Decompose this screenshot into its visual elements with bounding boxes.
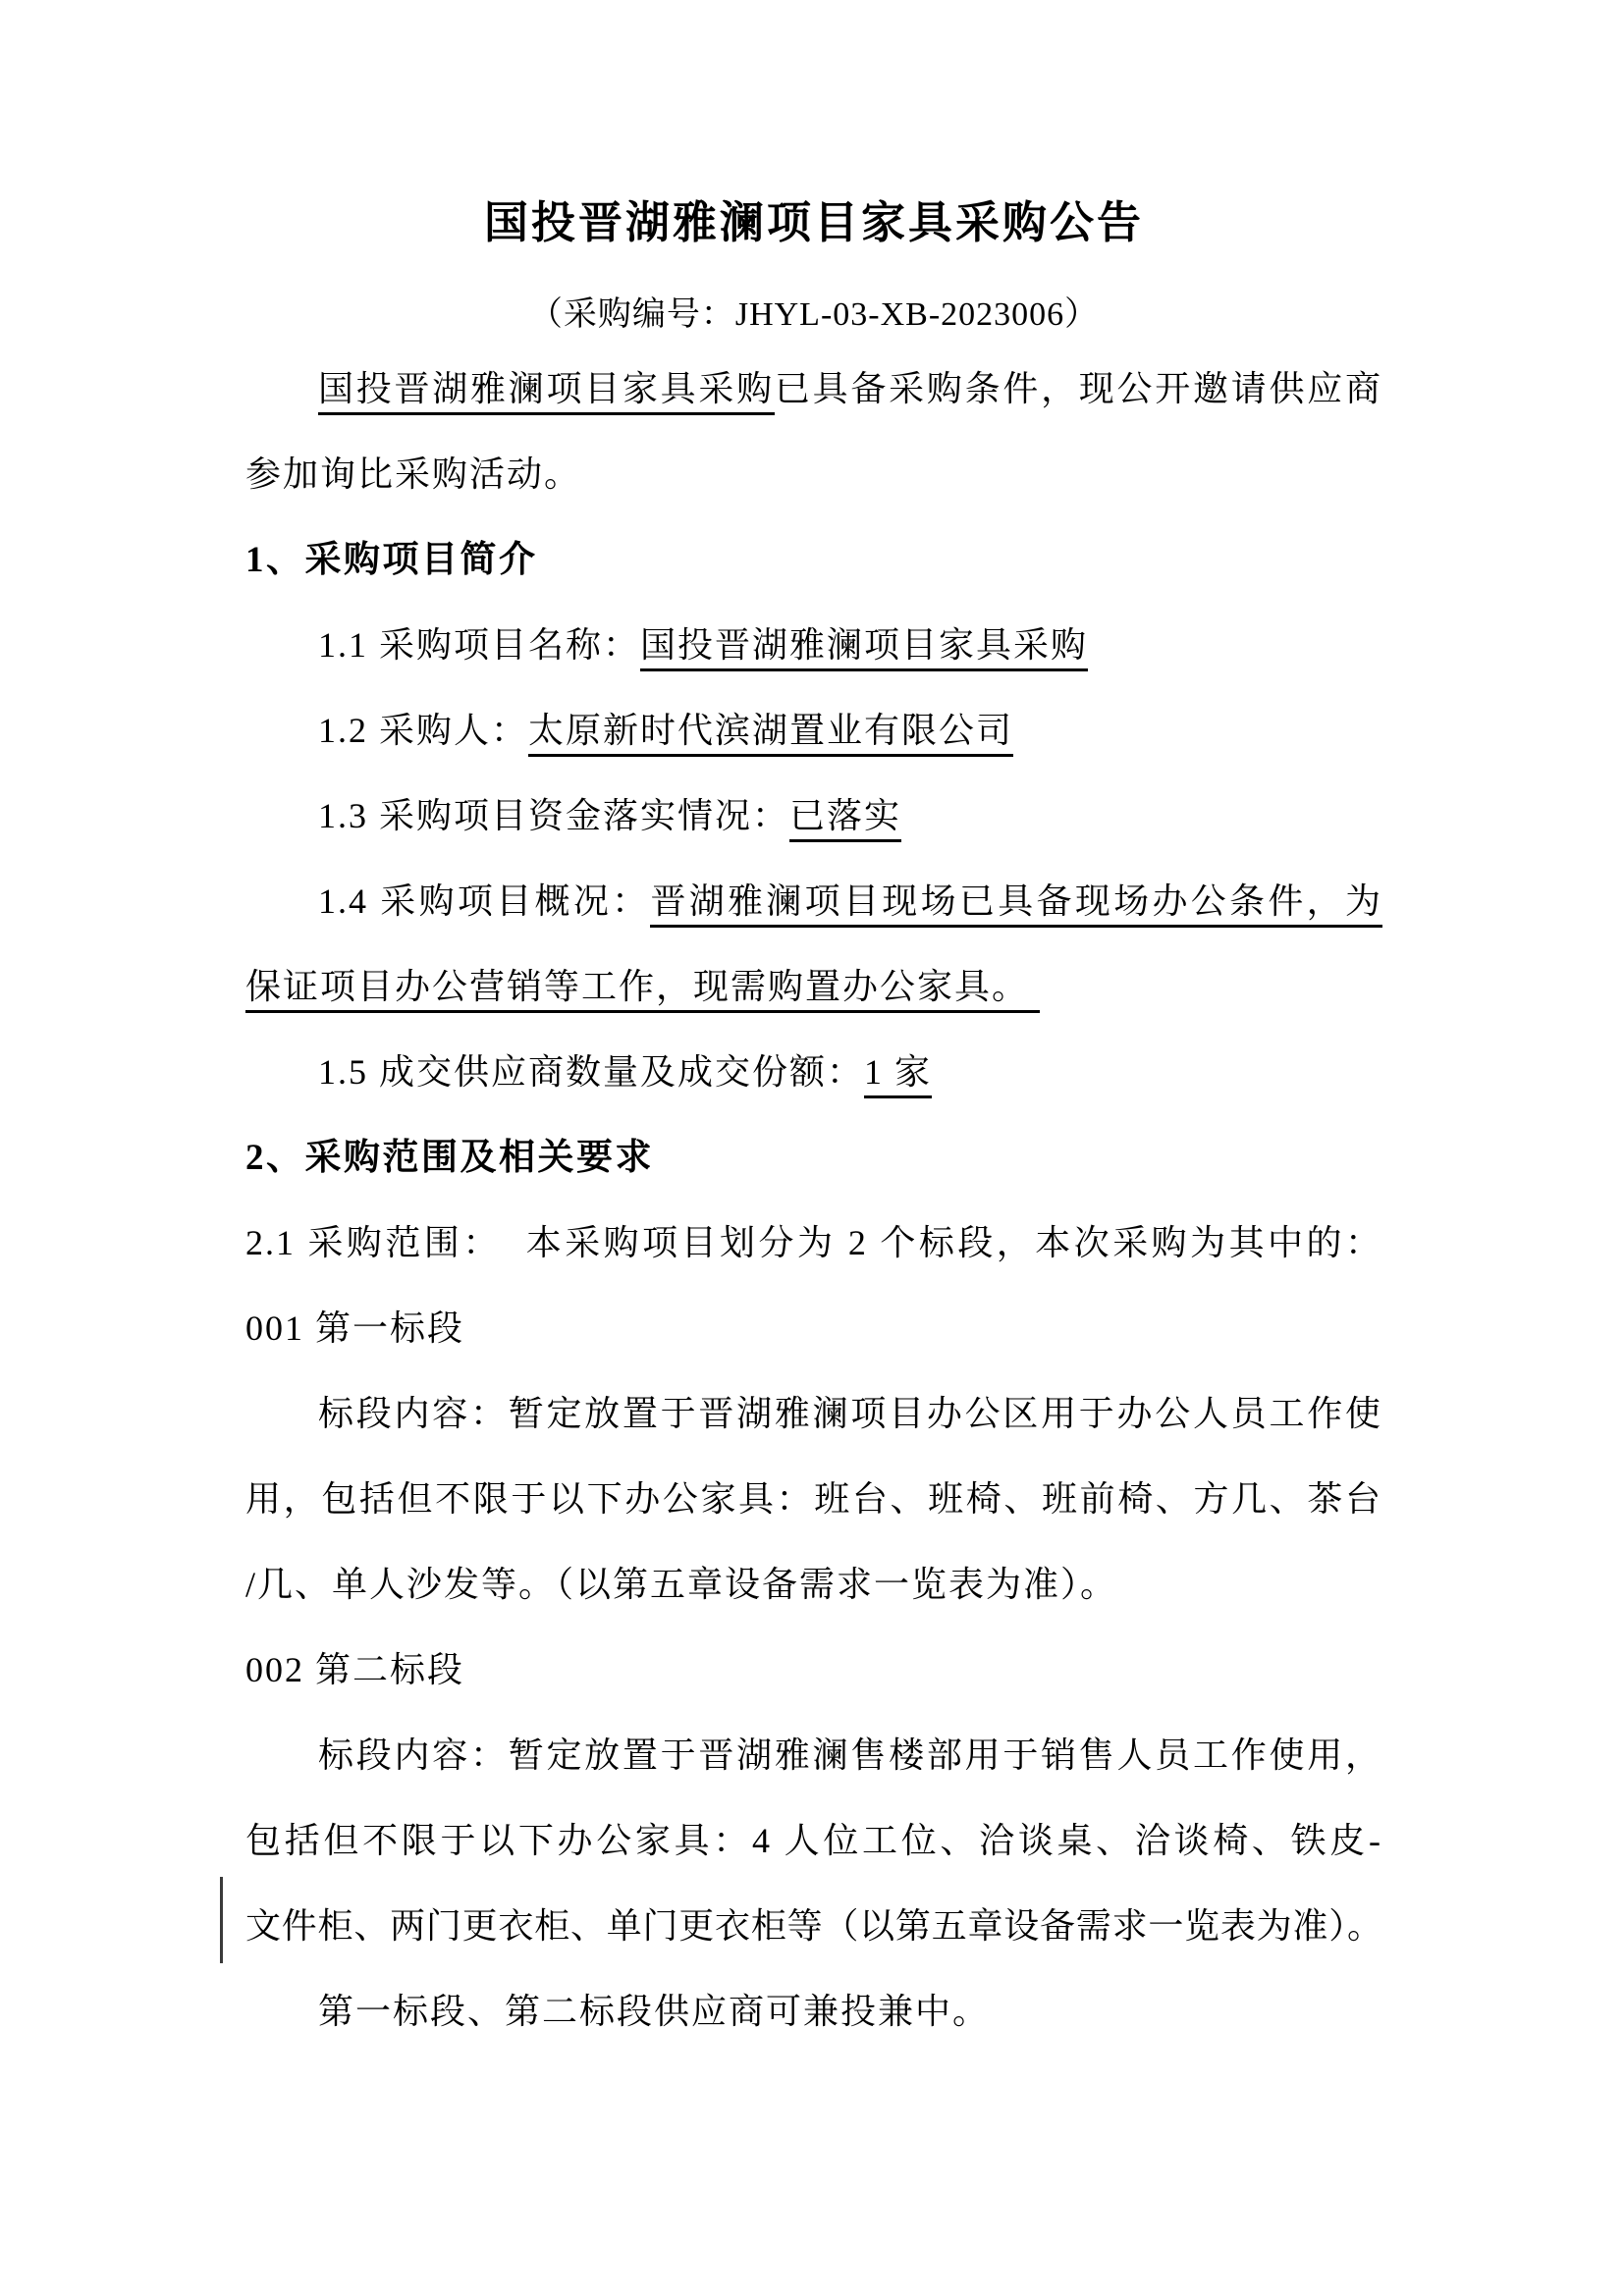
document-subtitle: （采购编号：JHYL-03-XB-2023006）: [245, 294, 1382, 336]
text-segment: 1.1 采购项目名称：: [318, 625, 640, 665]
underlined-text: 已落实: [789, 796, 901, 842]
text-line: 用，包括但不限于以下办公家具：班台、班椅、班前椅、方几、茶台: [245, 1457, 1382, 1542]
underlined-text: 保证项目办公营销等工作，现需购置办公家具。: [245, 967, 1040, 1013]
text-segment: 标段内容：暂定放置于晋湖雅澜售楼部用于销售人员工作使用，: [318, 1735, 1382, 1775]
text-segment: 002 第二标段: [245, 1650, 464, 1689]
text-segment: 用，包括但不限于以下办公家具：班台、班椅、班前椅、方几、茶台: [245, 1479, 1382, 1519]
text-line: 包括但不限于以下办公家具：4 人位工位、洽谈桌、洽谈椅、铁皮-: [245, 1798, 1382, 1884]
text-segment: 001 第一标段: [245, 1308, 464, 1348]
text-segment: 2.1 采购范围： 本采购项目划分为 2 个标段，本次采购为其中的：: [245, 1223, 1382, 1262]
text-line: 国投晋湖雅澜项目家具采购已具备采购条件，现公开邀请供应商: [245, 347, 1382, 432]
text-segment: 第一标段、第二标段供应商可兼投兼中。: [318, 1992, 990, 2031]
text-line: /几、单人沙发等。（以第五章设备需求一览表为准）。: [245, 1542, 1382, 1628]
underlined-text: 国投晋湖雅澜项目家具采购: [318, 369, 775, 415]
document-body: 国投晋湖雅澜项目家具采购已具备采购条件，现公开邀请供应商参加询比采购活动。1、采…: [245, 347, 1382, 2055]
text-segment: 已具备采购条件，现公开邀请供应商: [775, 369, 1382, 408]
text-line: 1.1 采购项目名称：国投晋湖雅澜项目家具采购: [245, 603, 1382, 688]
text-line: 1、采购项目简介: [245, 517, 1382, 603]
text-segment: 包括但不限于以下办公家具：4 人位工位、洽谈桌、洽谈椅、铁皮-: [245, 1821, 1382, 1860]
document-content: 国投晋湖雅澜项目家具采购公告 （采购编号：JHYL-03-XB-2023006）…: [245, 0, 1382, 2055]
text-segment: 1.2 采购人：: [318, 711, 528, 750]
text-line: 1.4 采购项目概况：晋湖雅澜项目现场已具备现场办公条件，为: [245, 859, 1382, 944]
text-line: 标段内容：暂定放置于晋湖雅澜售楼部用于销售人员工作使用，: [245, 1713, 1382, 1798]
text-line: 标段内容：暂定放置于晋湖雅澜项目办公区用于办公人员工作使: [245, 1371, 1382, 1457]
text-line: 第一标段、第二标段供应商可兼投兼中。: [245, 1969, 1382, 2055]
text-segment: 1.5 成交供应商数量及成交份额：: [318, 1052, 864, 1092]
text-segment: 文件柜、两门更衣柜、单门更衣柜等（以第五章设备需求一览表为准）。: [245, 1906, 1382, 1946]
text-line: 保证项目办公营销等工作，现需购置办公家具。: [245, 944, 1382, 1030]
underlined-text: 国投晋湖雅澜项目家具采购: [640, 625, 1088, 671]
revision-change-bar: [220, 1877, 223, 1963]
text-line: 参加询比采购活动。: [245, 432, 1382, 517]
underlined-text: 太原新时代滨湖置业有限公司: [528, 711, 1013, 757]
text-line: 1.2 采购人：太原新时代滨湖置业有限公司: [245, 688, 1382, 774]
text-segment: 2、采购范围及相关要求: [245, 1138, 654, 1178]
text-line: 2、采购范围及相关要求: [245, 1115, 1382, 1201]
text-line: 1.5 成交供应商数量及成交份额：1 家: [245, 1030, 1382, 1115]
underlined-text: 晋湖雅澜项目现场已具备现场办公条件，为: [650, 881, 1382, 928]
document-page: 国投晋湖雅澜项目家具采购公告 （采购编号：JHYL-03-XB-2023006）…: [0, 0, 1624, 2296]
text-segment: 1、采购项目简介: [245, 540, 538, 580]
document-title: 国投晋湖雅澜项目家具采购公告: [245, 192, 1382, 253]
text-segment: 标段内容：暂定放置于晋湖雅澜项目办公区用于办公人员工作使: [318, 1394, 1382, 1433]
text-line: 1.3 采购项目资金落实情况：已落实: [245, 774, 1382, 859]
text-segment: 参加询比采购活动。: [245, 454, 581, 494]
text-segment: 1.3 采购项目资金落实情况：: [318, 796, 789, 835]
text-segment: 1.4 采购项目概况：: [318, 881, 650, 921]
text-segment: /几、单人沙发等。（以第五章设备需求一览表为准）。: [245, 1565, 1117, 1604]
text-line: 文件柜、两门更衣柜、单门更衣柜等（以第五章设备需求一览表为准）。: [245, 1884, 1382, 1969]
text-line: 001 第一标段: [245, 1286, 1382, 1371]
underlined-text: 1 家: [864, 1052, 932, 1098]
text-line: 002 第二标段: [245, 1628, 1382, 1713]
text-line: 2.1 采购范围： 本采购项目划分为 2 个标段，本次采购为其中的：: [245, 1201, 1382, 1286]
